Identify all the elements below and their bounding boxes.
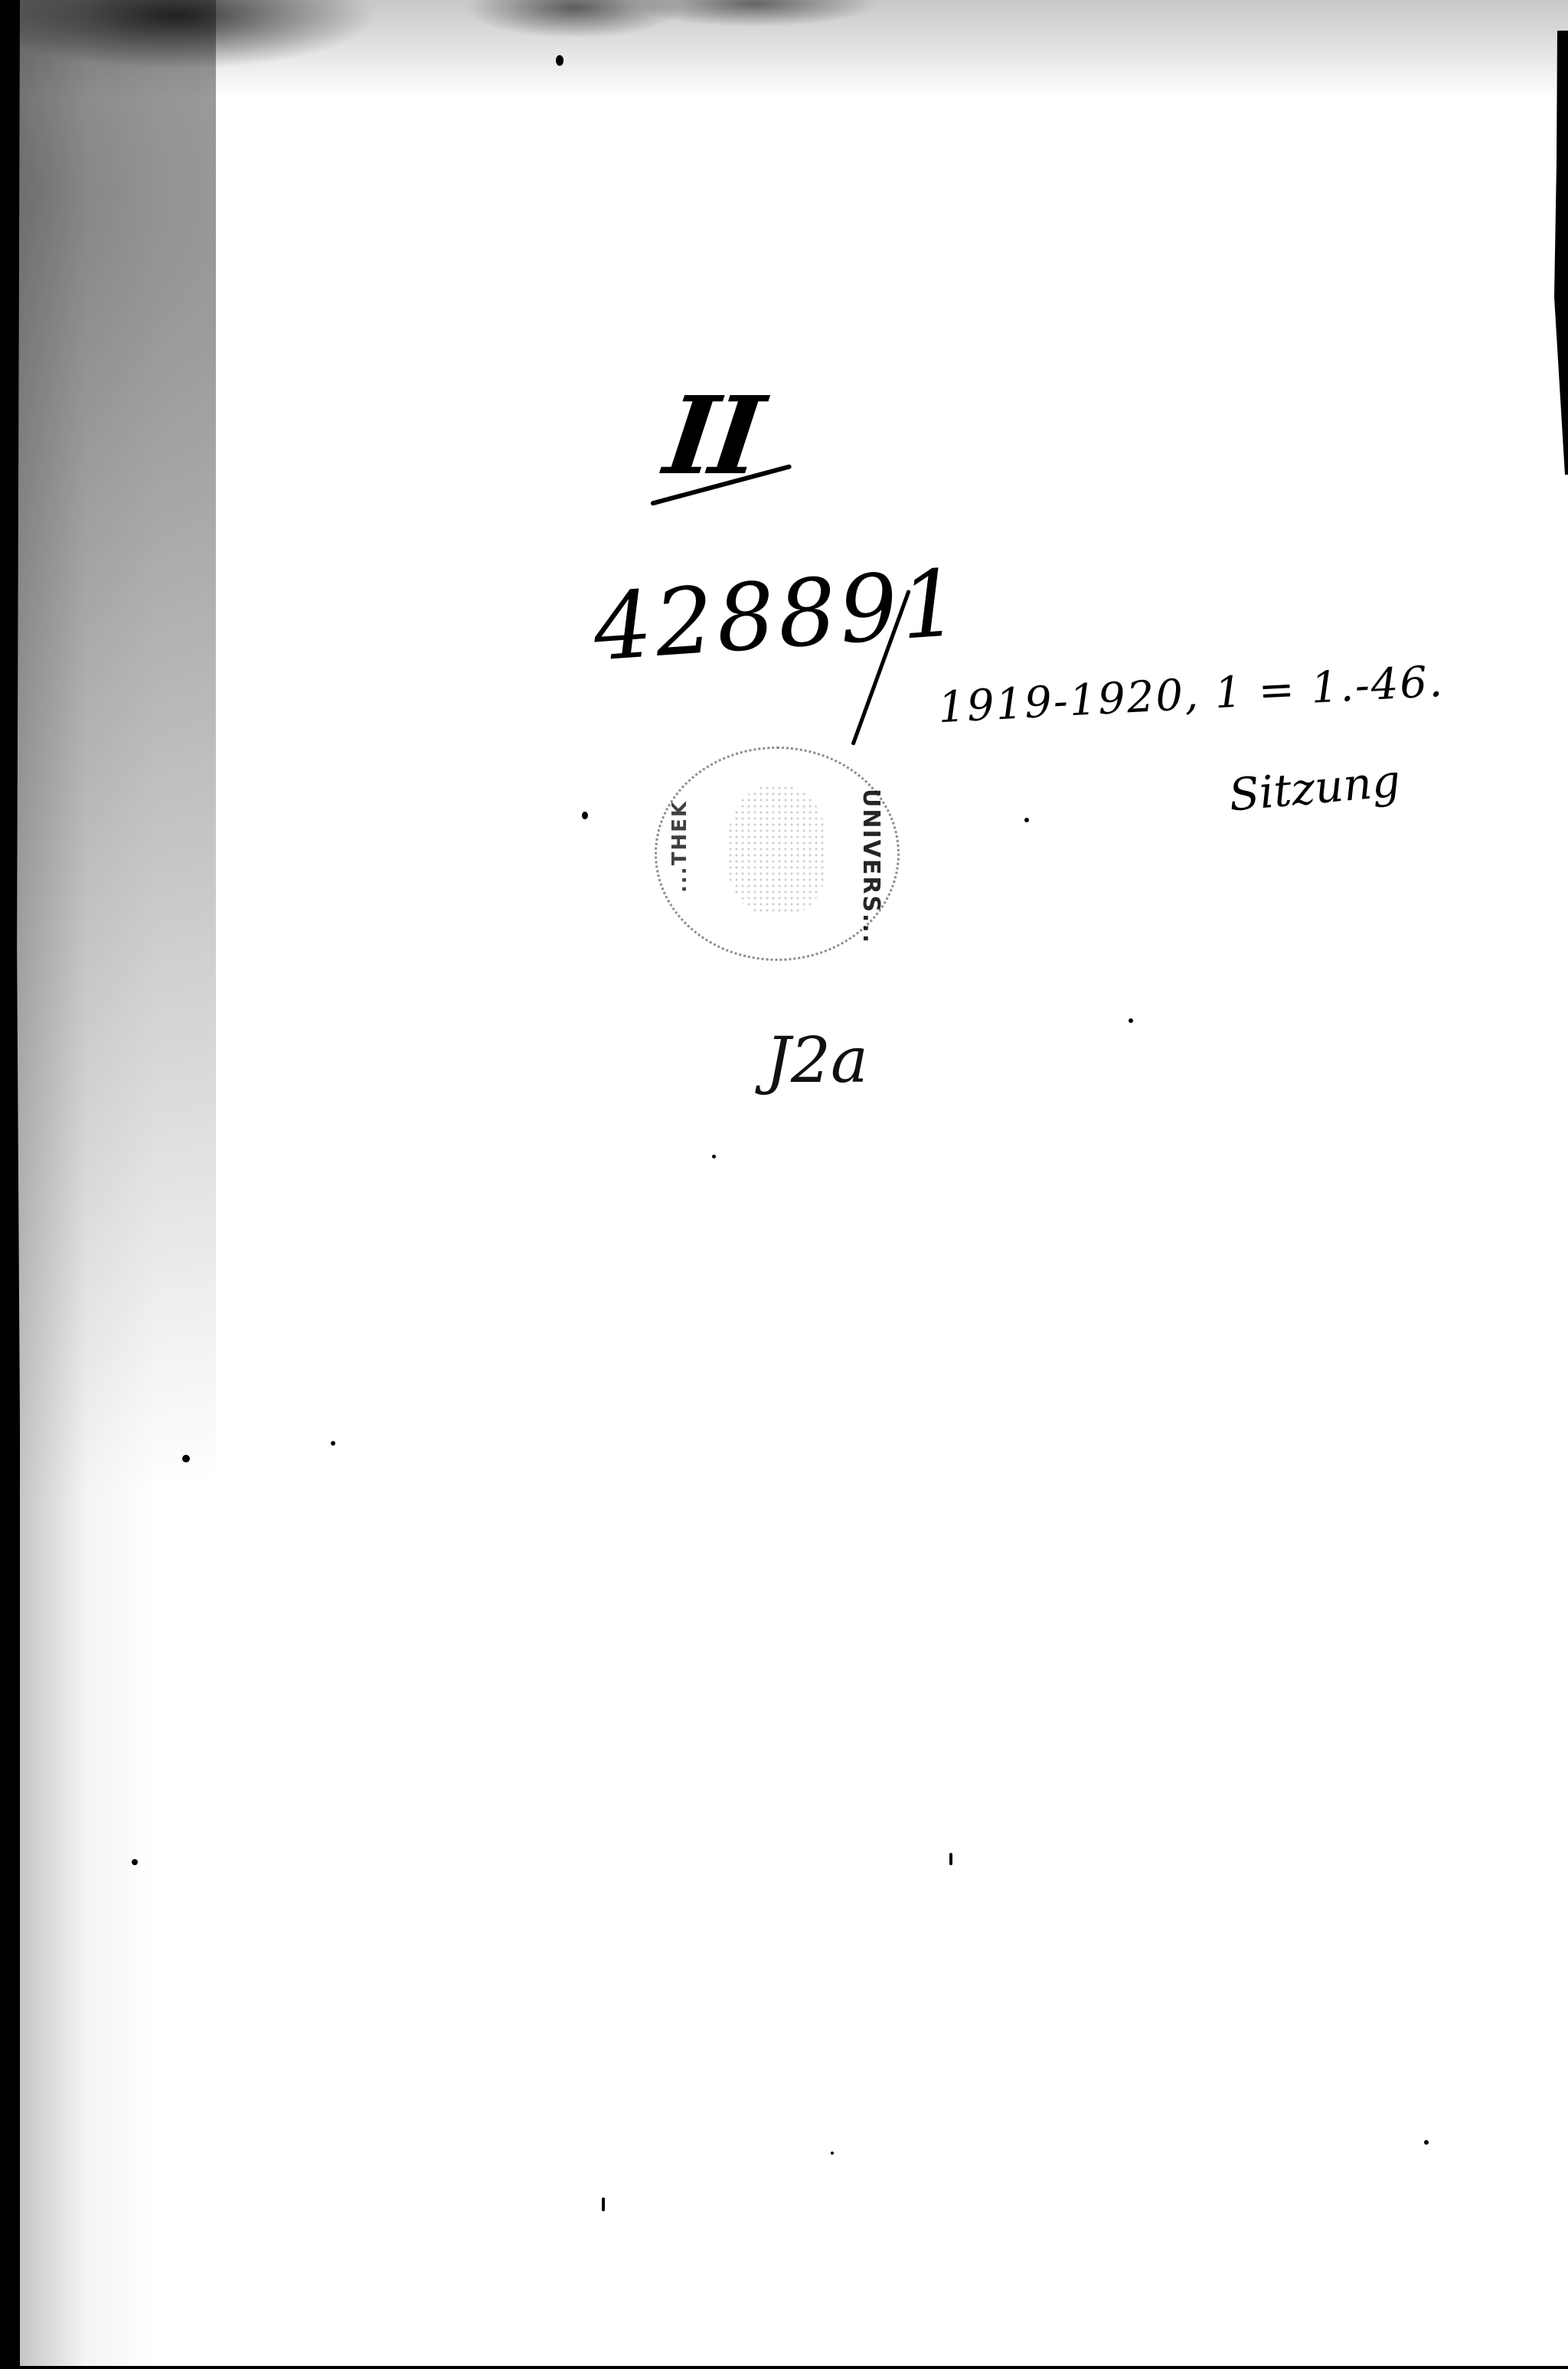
speck	[182, 1455, 190, 1462]
speck	[1129, 1018, 1133, 1023]
scan-left-border	[0, 0, 20, 2369]
shelfmark-number: 428891	[590, 557, 965, 675]
signature-mark: J2a	[766, 1030, 868, 1093]
speck	[1024, 818, 1029, 822]
stamp-text-left: ...THEK	[668, 800, 691, 893]
speck	[1424, 2140, 1429, 2145]
speck	[712, 1155, 716, 1158]
speck	[331, 1441, 335, 1446]
scanned-page: II 428891 1919-1920, 1 = 1.-46. Sitzung …	[0, 0, 1568, 2369]
scan-top-shadow	[0, 0, 1568, 100]
scan-bottom-border	[0, 2366, 1568, 2369]
range-note: 1919-1920, 1 = 1.-46.	[937, 661, 1445, 730]
speck	[556, 55, 563, 66]
session-note: Sitzung	[1227, 758, 1402, 817]
speck	[949, 1853, 952, 1865]
stamp-text-right: UNIVERS...	[857, 789, 884, 944]
scan-left-shadow	[17, 0, 216, 2369]
speck	[831, 2152, 834, 2155]
speck	[582, 812, 588, 819]
speck	[602, 2197, 605, 2211]
speck	[132, 1859, 138, 1865]
stamp-emblem-icon	[727, 785, 827, 915]
library-stamp: ...THEK UNIVERS...	[655, 747, 900, 961]
